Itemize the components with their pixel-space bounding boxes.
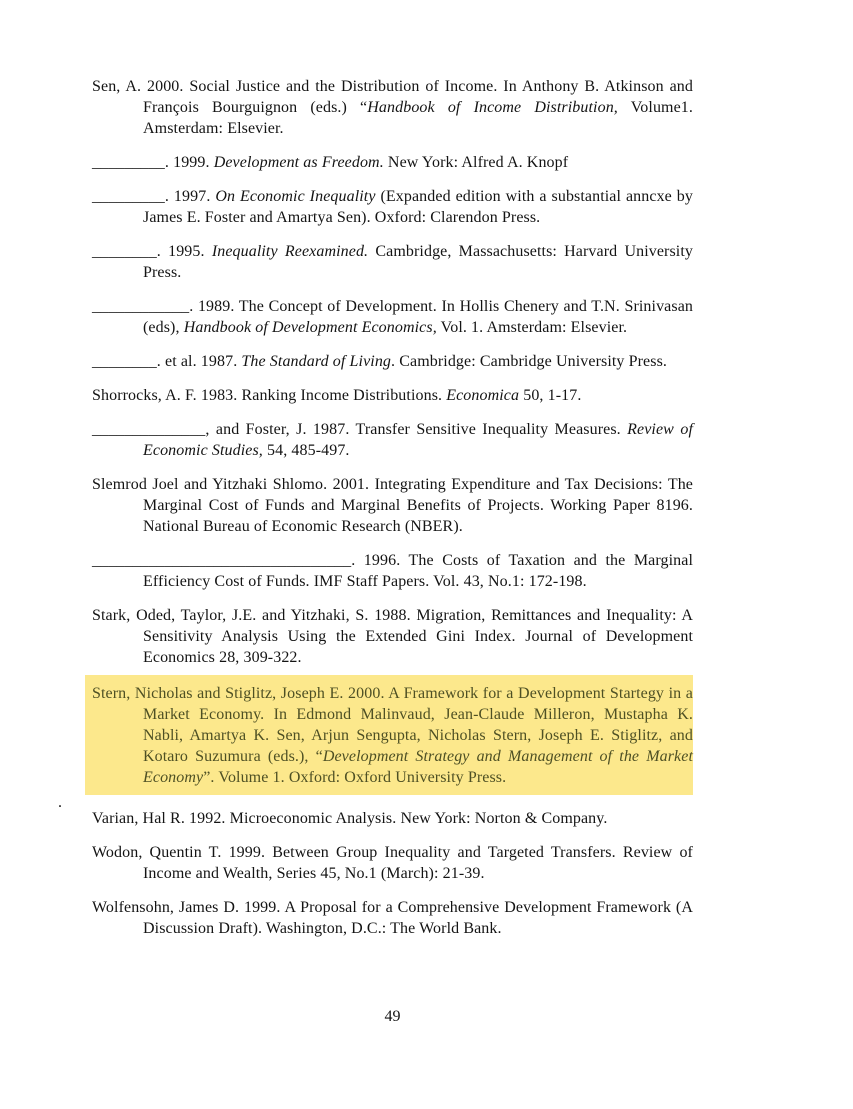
reference-text-segment: Stark, Oded, Taylor, J.E. and Yitzhaki, … <box>92 607 693 666</box>
reference-text-segment: ______________, and Foster, J. 1987. Tra… <box>92 421 627 438</box>
reference-entry: ______________, and Foster, J. 1987. Tra… <box>92 419 693 461</box>
reference-entry: ________. et al. 1987. The Standard of L… <box>92 351 693 372</box>
reference-entry: _________. 1997. On Economic Inequality … <box>92 186 693 228</box>
reference-text-segment: Varian, Hal R. 1992. Microeconomic Analy… <box>92 810 607 827</box>
reference-entry: Stark, Oded, Taylor, J.E. and Yitzhaki, … <box>92 605 693 668</box>
reference-title-italic: Inequality Reexamined. <box>212 243 368 260</box>
reference-entry-highlighted: Stern, Nicholas and Stiglitz, Joseph E. … <box>85 675 693 795</box>
reference-entry: Slemrod Joel and Yitzhaki Shlomo. 2001. … <box>92 474 693 537</box>
references-list: Sen, A. 2000. Social Justice and the Dis… <box>92 76 693 952</box>
reference-title-italic: Economica <box>446 387 519 404</box>
reference-entry: Wodon, Quentin T. 1999. Between Group In… <box>92 842 693 884</box>
page-number: 49 <box>92 1008 693 1026</box>
reference-text-segment: ________. 1995. <box>92 243 212 260</box>
reference-entry: Wolfensohn, James D. 1999. A Proposal fo… <box>92 897 693 939</box>
reference-text-segment: Wolfensohn, James D. 1999. A Proposal fo… <box>92 899 693 937</box>
reference-text-segment: _________. 1997. <box>92 188 215 205</box>
reference-entry: ________. 1995. Inequality Reexamined. C… <box>92 241 693 283</box>
reference-text-segment: 54, 485-497. <box>263 442 350 459</box>
reference-text-segment: Vol. 1. Amsterdam: Elsevier. <box>437 319 627 336</box>
reference-text-segment: _________. 1999. <box>92 154 214 171</box>
reference-text-segment: Slemrod Joel and Yitzhaki Shlomo. 2001. … <box>92 476 693 535</box>
reference-entry: Sen, A. 2000. Social Justice and the Dis… <box>92 76 693 139</box>
reference-text-segment: ________________________________. 1996. … <box>92 552 693 590</box>
reference-text-segment: 50, 1-17. <box>519 387 581 404</box>
reference-title-italic: Handbook of Income Distribution, <box>367 99 618 116</box>
reference-title-italic: On Economic Inequality <box>215 188 375 205</box>
reference-text-segment: Wodon, Quentin T. 1999. Between Group In… <box>92 844 693 882</box>
reference-text-segment: ________. et al. 1987. <box>92 353 241 370</box>
reference-text-segment: New York: Alfred A. Knopf <box>384 154 568 171</box>
reference-text-segment: ”. Volume 1. Oxford: Oxford University P… <box>203 769 506 786</box>
reference-title-italic: Development as Freedom. <box>214 154 384 171</box>
reference-text-segment: . Cambridge: Cambridge University Press. <box>391 353 667 370</box>
stray-dot-mark: . <box>58 794 62 812</box>
document-page: Sen, A. 2000. Social Justice and the Dis… <box>0 0 853 1109</box>
reference-entry: ________________________________. 1996. … <box>92 550 693 592</box>
reference-text-segment: Shorrocks, A. F. 1983. Ranking Income Di… <box>92 387 446 404</box>
reference-title-italic: The Standard of Living <box>241 353 391 370</box>
reference-title-italic: Handbook of Development Economics, <box>184 319 437 336</box>
reference-entry: Shorrocks, A. F. 1983. Ranking Income Di… <box>92 385 693 406</box>
reference-entry: Varian, Hal R. 1992. Microeconomic Analy… <box>92 808 693 829</box>
reference-entry: ____________. 1989. The Concept of Devel… <box>92 296 693 338</box>
reference-entry: _________. 1999. Development as Freedom.… <box>92 152 693 173</box>
